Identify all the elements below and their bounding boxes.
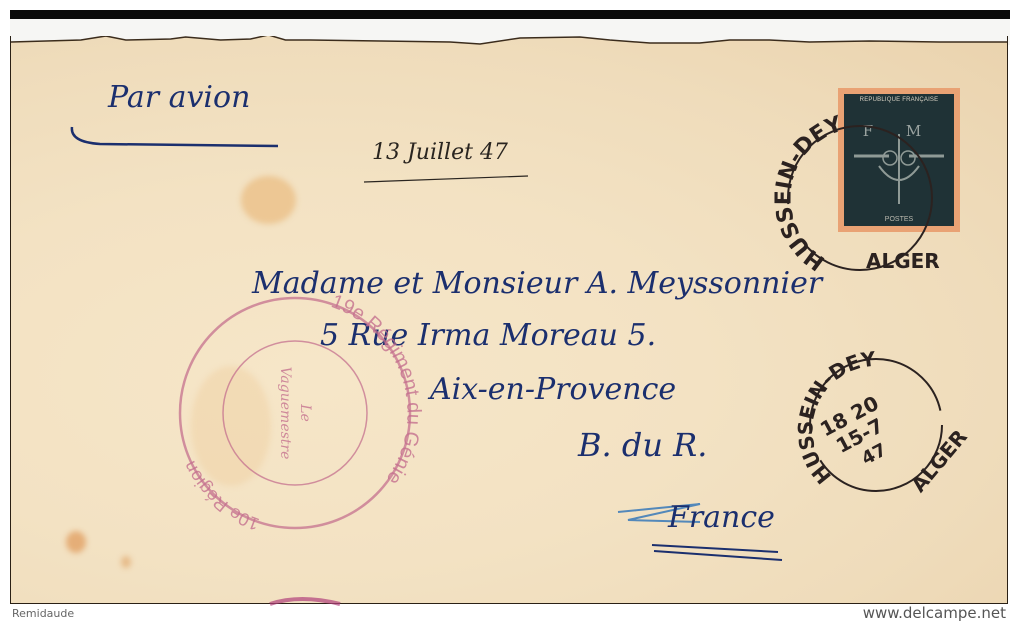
postmark-bottom-city: ALGER (906, 425, 972, 497)
seller-name: Remidaude (12, 607, 74, 620)
postmarks: HUSSEIN-DEY ALGER HUSSEIN-DEY 18 20 15-7… (0, 0, 1020, 624)
site-watermark: www.delcampe.net (863, 604, 1006, 622)
postmark-top-bottom-text: ALGER (866, 249, 940, 273)
svg-text:HUSSEIN-DEY: HUSSEIN-DEY (771, 111, 846, 274)
postmark-top-arc-text: HUSSEIN-DEY (771, 111, 846, 274)
postmark-top: HUSSEIN-DEY ALGER (771, 111, 939, 274)
postmark-bottom: HUSSEIN-DEY 18 20 15-7 47 ALGER (793, 347, 972, 497)
